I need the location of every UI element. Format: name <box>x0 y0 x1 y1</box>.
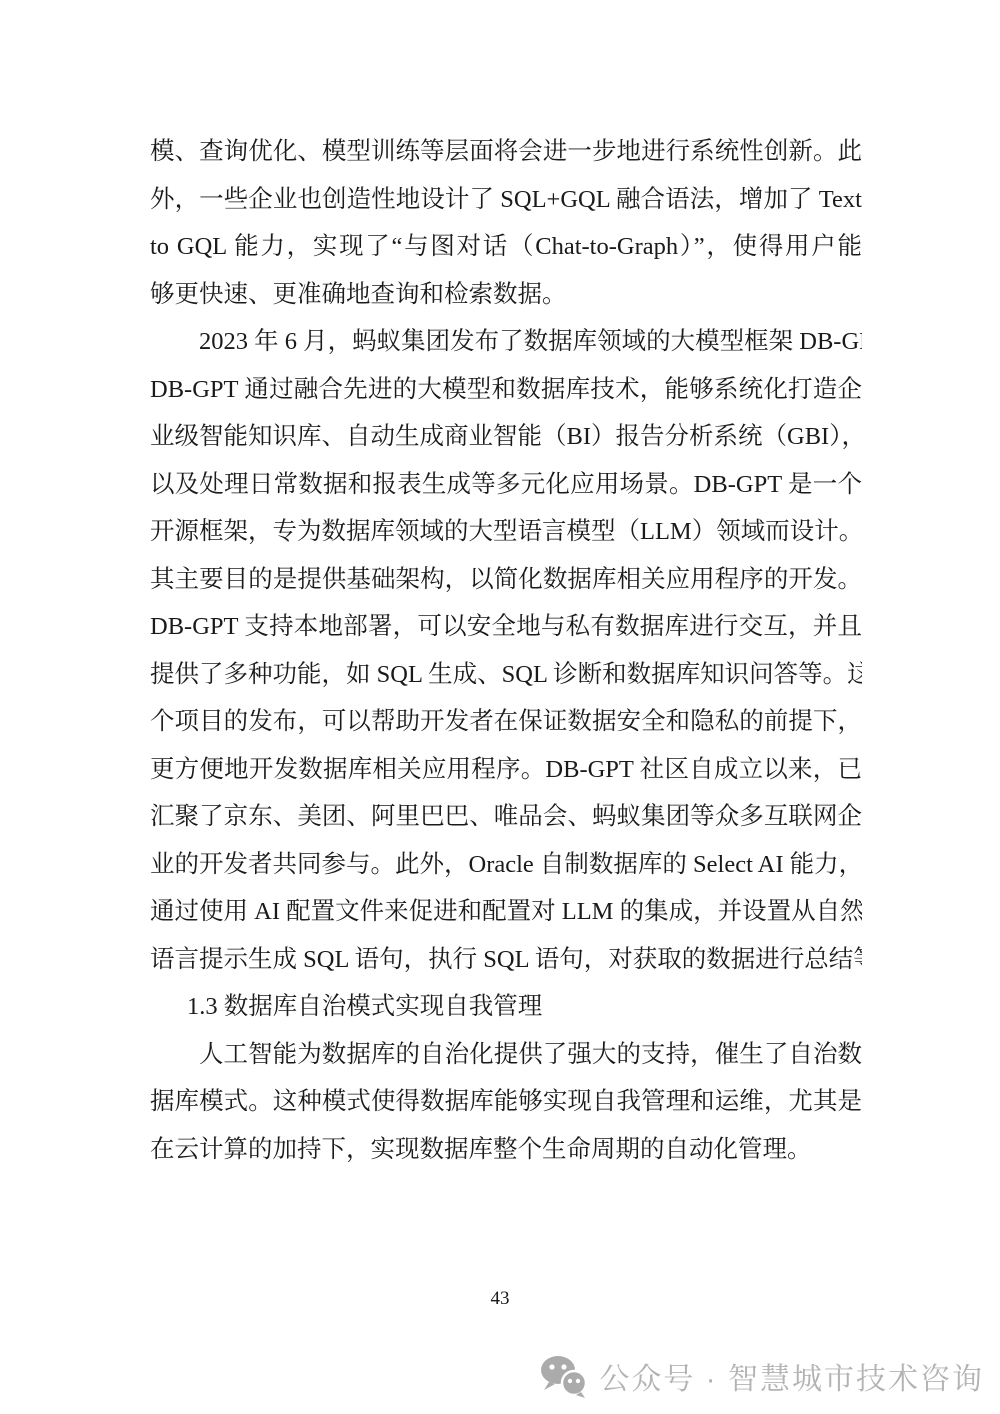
watermark: 公众号 · 智慧城市技术咨询 <box>539 1354 984 1398</box>
text-line: DB-GPT 通过融合先进的大模型和数据库技术，能够系统化打造企 <box>150 366 862 414</box>
text-line: 业级智能知识库、自动生成商业智能（BI）报告分析系统（GBI）， <box>150 413 862 461</box>
watermark-text: 公众号 · 智慧城市技术咨询 <box>599 1354 984 1398</box>
text-line: 其主要目的是提供基础架构，以简化数据库相关应用程序的开发。 <box>150 556 862 604</box>
section-heading: 1.3 数据库自治模式实现自我管理 <box>150 983 862 1031</box>
text-line: 提供了多种功能，如 SQL 生成、SQL 诊断和数据库知识问答等。这 <box>150 651 862 699</box>
text-line: 更方便地开发数据库相关应用程序。DB-GPT 社区自成立以来，已 <box>150 746 862 794</box>
text-line: 语言提示生成 SQL 语句，执行 SQL 语句，对获取的数据进行总结等。 <box>150 936 862 984</box>
text-line: 通过使用 AI 配置文件来促进和配置对 LLM 的集成，并设置从自然 <box>150 888 862 936</box>
text-line: 外，一些企业也创造性地设计了 SQL+GQL 融合语法，增加了 Text <box>150 176 862 224</box>
text-line: DB-GPT 支持本地部署，可以安全地与私有数据库进行交互，并且 <box>150 603 862 651</box>
text-line: 开源框架，专为数据库领域的大型语言模型（LLM）领域而设计。 <box>150 508 862 556</box>
text-line: 人工智能为数据库的自治化提供了强大的支持，催生了自治数 <box>150 1031 862 1079</box>
text-line: to GQL 能力，实现了“与图对话（Chat-to-Graph）”，使得用户能 <box>150 223 862 271</box>
text-line: 2023 年 6 月，蚂蚁集团发布了数据库领域的大模型框架 DB-GPT。 <box>150 318 862 366</box>
text-line: 汇聚了京东、美团、阿里巴巴、唯品会、蚂蚁集团等众多互联网企 <box>150 793 862 841</box>
text-line: 在云计算的加持下，实现数据库整个生命周期的自动化管理。 <box>150 1126 862 1174</box>
text-line: 据库模式。这种模式使得数据库能够实现自我管理和运维，尤其是 <box>150 1078 862 1126</box>
text-line: 以及处理日常数据和报表生成等多元化应用场景。DB-GPT 是一个 <box>150 461 862 509</box>
page-number: 43 <box>0 1285 1000 1313</box>
wechat-icon <box>539 1355 587 1398</box>
text-line: 业的开发者共同参与。此外，Oracle 自制数据库的 Select AI 能力， <box>150 841 862 889</box>
text-line: 个项目的发布，可以帮助开发者在保证数据安全和隐私的前提下， <box>150 698 862 746</box>
text-line: 够更快速、更准确地查询和检索数据。 <box>150 271 862 319</box>
document-body: 模、查询优化、模型训练等层面将会进一步地进行系统性创新。此外，一些企业也创造性地… <box>150 128 862 1173</box>
document-page: 模、查询优化、模型训练等层面将会进一步地进行系统性创新。此外，一些企业也创造性地… <box>0 0 1000 1414</box>
text-line: 模、查询优化、模型训练等层面将会进一步地进行系统性创新。此 <box>150 128 862 176</box>
